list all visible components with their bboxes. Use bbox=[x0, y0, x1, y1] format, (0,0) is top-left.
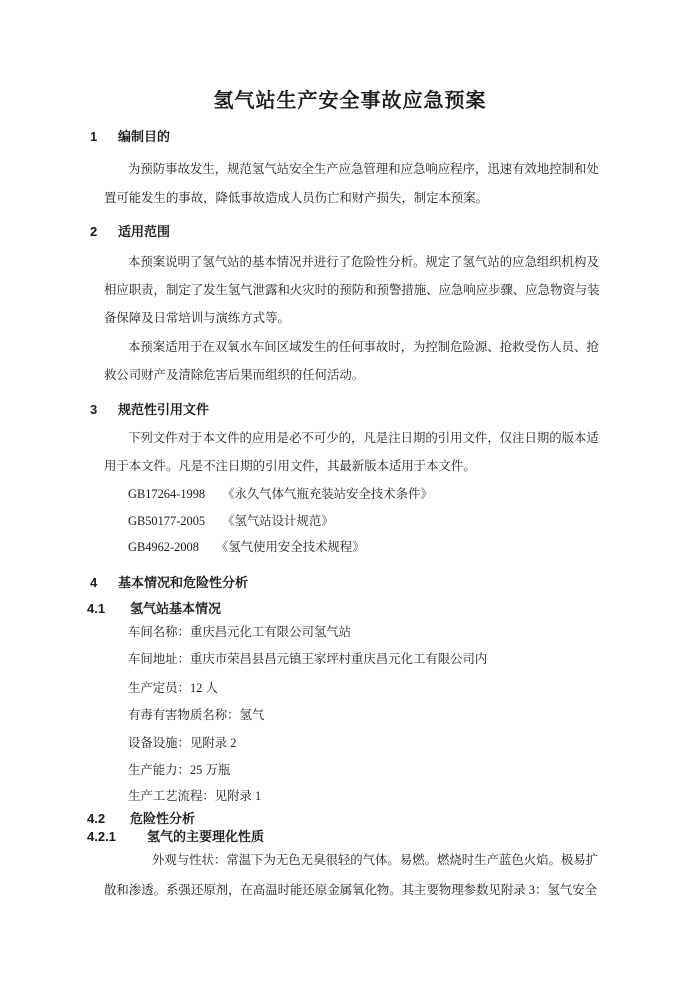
document-title: 氢气站生产安全事故应急预案 bbox=[0, 88, 700, 114]
facility-item-hazard-substance: 有毒有害物质名称：氢气 bbox=[128, 701, 264, 729]
section-heading-1: 1 编制目的 bbox=[90, 128, 170, 146]
paragraph-line: 散和渗透。系强还原剂，在高温时能还原金属氧化物。其主要物理参数见附录 3：氢气安… bbox=[104, 875, 597, 905]
section-title: 规范性引用文件 bbox=[118, 401, 209, 419]
section-title: 适用范围 bbox=[118, 223, 170, 241]
section-heading-4-2-1: 4.2.1 氢气的主要理化性质 bbox=[87, 828, 264, 846]
section-heading-3: 3 规范性引用文件 bbox=[90, 401, 209, 419]
section-number: 2 bbox=[90, 223, 118, 241]
section-title: 危险性分析 bbox=[130, 810, 195, 828]
section-heading-4: 4 基本情况和危险性分析 bbox=[90, 574, 248, 592]
document-page: 氢气站生产安全事故应急预案 1 编制目的 为预防事故发生，规范氢气站安全生产应急… bbox=[0, 0, 700, 990]
section-title: 编制目的 bbox=[118, 128, 170, 146]
reference-title: 《氢气站设计规范》 bbox=[222, 507, 334, 535]
paragraph-line: 本预案说明了氢气站的基本情况并进行了危险性分析。规定了氢气站的应急组织机构及 bbox=[104, 248, 597, 276]
section-number: 3 bbox=[90, 401, 118, 419]
section-number: 4 bbox=[90, 574, 118, 592]
reference-title: 《氢气使用安全技术规程》 bbox=[216, 533, 365, 561]
paragraph-line: 相应职责，制定了发生氢气泄露和火灾时的预防和预警措施、应急响应步骤、应急物资与装 bbox=[104, 276, 597, 304]
reference-item: GB17264-1998 《永久气体气瓶充装站安全技术条件》 bbox=[128, 480, 433, 508]
section-number: 4.1 bbox=[87, 600, 130, 618]
facility-item-name: 车间名称：重庆昌元化工有限公司氢气站 bbox=[128, 618, 351, 646]
paragraph-purpose: 为预防事故发生，规范氢气站安全生产应急管理和应急响应程序，迅速有效地控制和处 置… bbox=[104, 155, 597, 213]
facility-item-process: 生产工艺流程：见附录 1 bbox=[128, 782, 261, 810]
paragraph-line: 用于本文件。凡是不注日期的引用文件，其最新版本适用于本文件。 bbox=[104, 452, 597, 480]
paragraph-line: 备保障及日常培训与演练方式等。 bbox=[104, 304, 597, 332]
paragraph-scope-1: 本预案说明了氢气站的基本情况并进行了危险性分析。规定了氢气站的应急组织机构及 相… bbox=[104, 248, 597, 332]
paragraph-line: 置可能发生的事故，降低事故造成人员伤亡和财产损失，制定本预案。 bbox=[104, 184, 597, 213]
section-title: 基本情况和危险性分析 bbox=[118, 574, 248, 592]
section-number: 1 bbox=[90, 128, 118, 146]
facility-item-address: 车间地址：重庆市荣昌县昌元镇王家坪村重庆昌元化工有限公司内 bbox=[128, 645, 487, 673]
section-title: 氢气的主要理化性质 bbox=[147, 828, 264, 846]
section-number: 4.2 bbox=[87, 810, 130, 828]
reference-code: GB50177-2005 bbox=[128, 507, 205, 535]
paragraph-scope-2: 本预案适用于在双氧水车间区域发生的任何事故时，为控制危险源、抢救受伤人员、抢 救… bbox=[104, 333, 597, 389]
paragraph-line: 下列文件对于本文件的应用是必不可少的，凡是注日期的引用文件，仅注日期的版本适 bbox=[104, 424, 597, 452]
facility-item-staff: 生产定员：12 人 bbox=[128, 674, 218, 702]
section-heading-2: 2 适用范围 bbox=[90, 223, 170, 241]
paragraph-line: 为预防事故发生，规范氢气站安全生产应急管理和应急响应程序，迅速有效地控制和处 bbox=[104, 155, 597, 184]
paragraph-line: 外观与性状：常温下为无色无臭很轻的气体。易燃。燃烧时生产蓝色火焰。极易扩 bbox=[104, 845, 597, 875]
paragraph-line: 本预案适用于在双氧水车间区域发生的任何事故时，为控制危险源、抢救受伤人员、抢 bbox=[104, 333, 597, 361]
paragraph-properties: 外观与性状：常温下为无色无臭很轻的气体。易燃。燃烧时生产蓝色火焰。极易扩 散和渗… bbox=[104, 845, 597, 905]
reference-title: 《永久气体气瓶充装站安全技术条件》 bbox=[222, 480, 433, 508]
reference-item: GB50177-2005 《氢气站设计规范》 bbox=[128, 507, 334, 535]
reference-code: GB17264-1998 bbox=[128, 480, 205, 508]
section-title: 氢气站基本情况 bbox=[130, 600, 221, 618]
section-number: 4.2.1 bbox=[87, 828, 147, 846]
facility-item-capacity: 生产能力：25 万瓶 bbox=[128, 756, 230, 784]
section-heading-4-1: 4.1 氢气站基本情况 bbox=[87, 600, 221, 618]
reference-item: GB4962-2008 《氢气使用安全技术规程》 bbox=[128, 533, 365, 561]
reference-code: GB4962-2008 bbox=[128, 533, 199, 561]
facility-item-equipment: 设备设施：见附录 2 bbox=[128, 729, 236, 757]
paragraph-line: 救公司财产及清除危害后果而组织的任何活动。 bbox=[104, 361, 597, 389]
section-heading-4-2: 4.2 危险性分析 bbox=[87, 810, 195, 828]
paragraph-references-intro: 下列文件对于本文件的应用是必不可少的，凡是注日期的引用文件，仅注日期的版本适 用… bbox=[104, 424, 597, 480]
